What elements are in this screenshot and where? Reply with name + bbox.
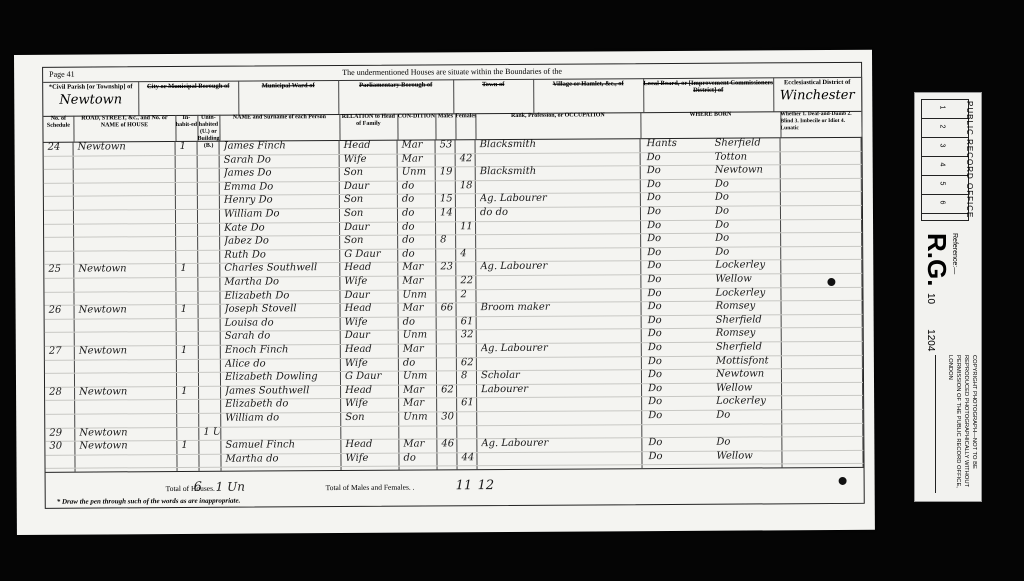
ruler-mark: 3 <box>938 144 945 148</box>
district-field: Ecclesiastical District ofWinchester <box>773 77 862 112</box>
piece-number: 1204 <box>925 329 936 351</box>
series-number: 10 <box>925 293 936 304</box>
district-label: *Civil Parish [or Township] of <box>43 83 138 91</box>
column-header-males: Males <box>435 113 456 139</box>
column-header-born: WHERE BORN <box>640 111 781 138</box>
district-label: City or Municipal Borough of <box>138 83 238 91</box>
district-label: Parliamentary Borough of <box>338 81 453 89</box>
census-entries: 24Newtown1James FinchHeadMar53Blacksmith… <box>44 137 864 472</box>
ruler-tick <box>922 156 968 157</box>
district-field: Village or Hamlet, &c., of <box>533 78 644 113</box>
district-value: Newtown <box>43 92 138 108</box>
census-page: Page 41 The undermentioned Houses are si… <box>14 50 875 535</box>
piece-reference: 10 1204 <box>925 293 936 351</box>
district-field: City or Municipal Borough of <box>138 81 239 116</box>
ruler-mark: 4 <box>938 163 945 167</box>
total-persons-label: Total of Males and Females. . <box>326 483 415 493</box>
ruler-mark: 1 <box>938 106 945 110</box>
column-header-inhabited: In-habit-ed <box>175 115 198 141</box>
district-value <box>238 91 338 92</box>
column-header-road: ROAD, STREET, &c., and No. or NAME of HO… <box>73 115 176 142</box>
district-label: Local Board, or [Improvement Commissione… <box>643 79 773 94</box>
column-header-condition: CON-DITION <box>397 113 436 139</box>
cell-females: 44 <box>461 452 475 467</box>
reference-label: Reference:— <box>951 233 958 274</box>
column-header-females: Females <box>455 113 476 139</box>
total-females: 12 <box>478 478 495 493</box>
ruler-tick <box>922 137 968 138</box>
ruler-mark: 5 <box>938 182 945 186</box>
census-form: Page 41 The undermentioned Houses are si… <box>42 62 865 509</box>
ruler-tick <box>922 175 968 176</box>
ruler-tick <box>922 194 968 195</box>
cell-condition: do <box>403 452 435 467</box>
district-value: Winchester <box>773 88 861 104</box>
ruler-mark: 2 <box>938 125 945 129</box>
column-rule <box>861 137 864 467</box>
born-place: Wellow <box>716 450 780 465</box>
ruler-mark: 6 <box>938 201 945 205</box>
archive-reference-tag: 123456 PUBLIC RECORD OFFICE R.G. Referen… <box>914 92 982 502</box>
column-header-occupation: Rank, Profession, or OCCUPATION <box>475 112 641 139</box>
ruler-tick <box>922 213 968 214</box>
district-label: Village or Hamlet, &c., of <box>533 80 643 88</box>
copyright-notice: COPYRIGHT PHOTOGRAPH—NOT TO BE REPRODUCE… <box>935 355 978 493</box>
total-houses-label: Total of Houses. . <box>166 484 219 493</box>
scale-ruler: 123456 <box>921 99 969 221</box>
cell-males <box>441 452 455 467</box>
column-header-uninhabited: Unin-habited (U.) or Building (B.) <box>197 115 220 141</box>
total-uninhabited: 1 Un <box>216 480 245 495</box>
district-value <box>138 92 238 93</box>
total-males: 11 <box>456 478 473 493</box>
district-label: Town of <box>453 81 533 88</box>
district-label: Municipal Ward of <box>238 82 338 90</box>
born-county: Do <box>648 451 712 466</box>
cell-road <box>79 454 175 470</box>
district-field: *Civil Parish [or Township] ofNewtown <box>43 81 139 116</box>
punch-hole <box>827 278 835 286</box>
column-header-whether: Whether 1. Deaf-and-Dumb 2. Blind 3. Imb… <box>780 111 862 138</box>
district-field: Local Board, or [Improvement Commissione… <box>643 77 774 112</box>
column-header-name: NAME and Surname of each Person <box>219 114 340 141</box>
district-value <box>338 90 453 91</box>
cell-relation: Wife <box>345 452 397 467</box>
district-value <box>533 89 643 90</box>
footnote: * Draw the pen through such of the words… <box>57 497 241 506</box>
district-value <box>643 95 773 96</box>
cell-inhabited <box>181 454 197 469</box>
total-inhabited: 6 <box>194 480 202 495</box>
record-office-label: PUBLIC RECORD OFFICE <box>965 101 974 218</box>
cell-name: Martha do <box>225 453 339 469</box>
punch-hole <box>839 477 847 485</box>
cell-schedule <box>49 454 73 469</box>
ruler-tick <box>922 118 968 119</box>
column-header-relation: RELATION to Head of Family <box>339 114 398 140</box>
district-field: Parliamentary Borough of <box>338 79 454 114</box>
district-field: Municipal Ward of <box>238 80 339 115</box>
series-code: R.G. <box>921 233 952 286</box>
cell-occupation <box>481 451 640 467</box>
district-field: Town of <box>453 79 534 113</box>
district-label: Ecclesiastical District of <box>773 79 861 87</box>
column-header-schedule: No. of Schedule <box>43 116 74 142</box>
cell-uninhabited <box>203 454 219 469</box>
